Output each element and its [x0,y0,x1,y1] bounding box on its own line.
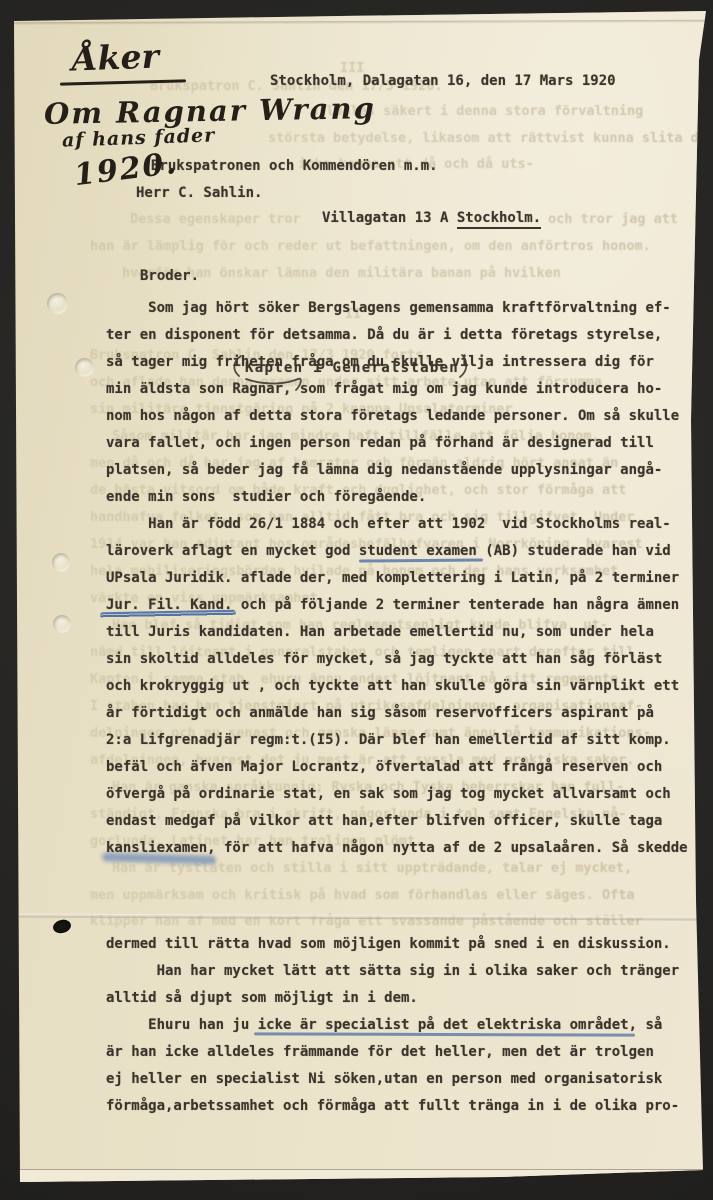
typed-line: förmåga,arbetssamhet och förmåga att ful… [106,1098,679,1114]
typed-line: är han icke alldeles främmande för det h… [106,1044,654,1060]
typed-line: ej heller en specialist Ni söken,utan en… [106,1071,662,1087]
typed-line: dermed till rätta hvad som möjligen komm… [106,936,671,952]
typed-line: Ehuru han ju icke är specialist på det e… [106,1017,662,1033]
handwritten-note-aker: Åker [71,36,159,78]
typed-line: alltid så djupt som möjligt in i dem. [106,990,418,1006]
letter-page: IIIBrukspatron C. Sahlin den 17/3 1920.a… [0,0,713,1200]
typed-line: Han har mycket lätt att sätta sig in i o… [106,963,679,979]
scan-background: IIIBrukspatron C. Sahlin den 17/3 1920.a… [0,0,713,1200]
